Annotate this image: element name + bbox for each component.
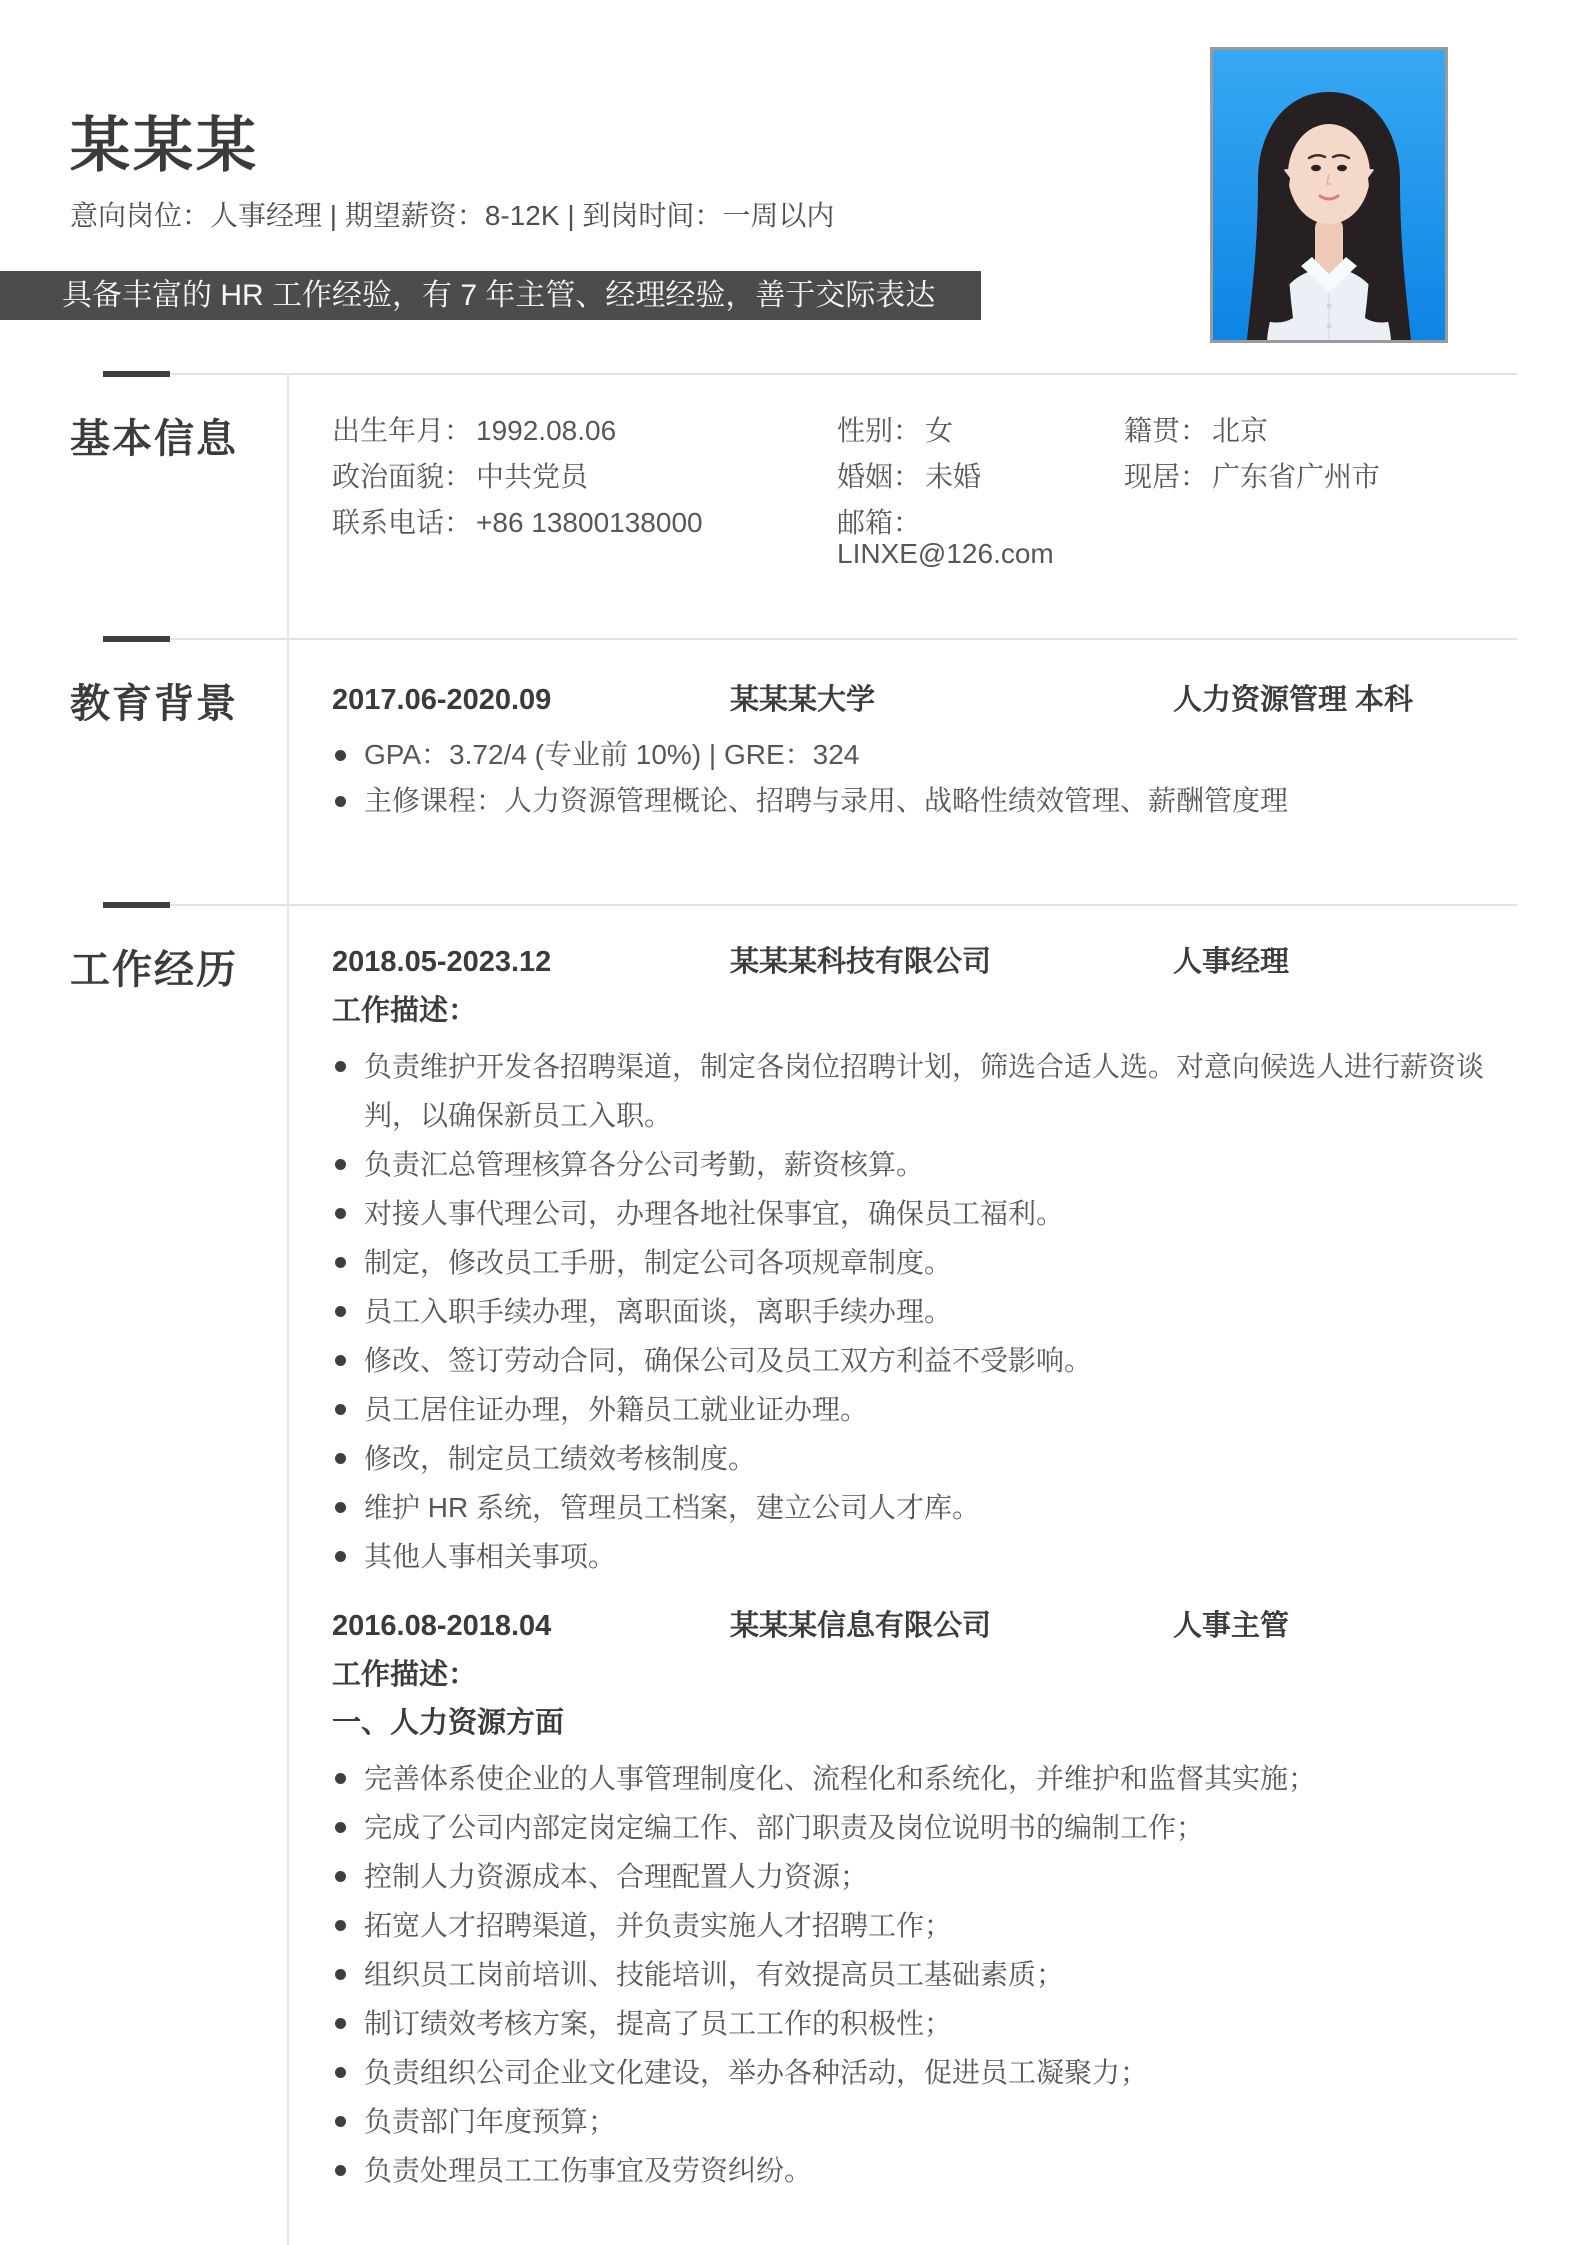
bullet-item: 负责处理员工工伤事宜及劳资纠纷。 [332,2146,1517,2195]
bullet-item: 维护 HR 系统，管理员工档案，建立公司人才库。 [332,1483,1517,1532]
field-label: 联系电话： [332,507,472,538]
field-current-city: 现居：广东省广州市 [1124,461,1517,492]
bullet-text: 负责维护开发各招聘渠道，制定各岗位招聘计划，筛选合适人选。对意向候选人进行薪资谈… [364,1042,1517,1140]
field-value: +86 13800138000 [476,507,703,538]
bullet-text: 负责汇总管理核算各分公司考勤，薪资核算。 [364,1140,1517,1189]
job-description-label: 工作描述： [332,993,1517,1029]
section-title-education: 教育背景 [70,672,238,729]
bullet-text: 控制人力资源成本、合理配置人力资源； [364,1852,1517,1901]
basic-info-grid: 出生年月：1992.08.06 性别：女 籍贯：北京 政治面貌：中共党员 婚姻：… [332,415,1517,569]
job-company: 某某某信息有限公司 [730,1608,1173,1644]
job-bullet-list: 完善体系使企业的人事管理制度化、流程化和系统化，并维护和监督其实施；完成了公司内… [332,1754,1517,2195]
bullet-dot-icon [335,1822,346,1833]
bullet-dot-icon [335,1355,346,1366]
bullet-text: 拓宽人才招聘渠道，并负责实施人才招聘工作； [364,1901,1517,1950]
field-empty [1124,507,1517,569]
bullet-text: 对接人事代理公司，办理各地社保事宜，确保员工福利。 [364,1189,1517,1238]
section-basic-info: 基本信息 出生年月：1992.08.06 性别：女 籍贯：北京 政治面貌：中共党… [70,371,1517,636]
bullet-text: 修改，制定员工绩效考核制度。 [364,1434,1517,1483]
field-value: 广东省广州市 [1212,461,1380,492]
section-rule-line [170,904,1517,906]
bullet-item: 制订绩效考核方案，提高了员工工作的积极性； [332,1999,1517,2048]
field-value: 中共党员 [476,461,588,492]
bullet-text: 负责部门年度预算； [364,2097,1517,2146]
section-rule-dash [103,371,170,377]
section-title-basic-info: 基本信息 [70,407,238,464]
bullet-dot-icon [335,1551,346,1562]
field-label: 出生年月： [332,415,472,446]
field-value: LINXE@126.com [837,538,1054,569]
bullet-text: 主修课程：人力资源管理概论、招聘与录用、战略性绩效管理、薪酬管度理 [364,778,1517,824]
bullet-item: 负责组织公司企业文化建设，举办各种活动，促进员工凝聚力； [332,2048,1517,2097]
bullet-item: 拓宽人才招聘渠道，并负责实施人才招聘工作； [332,1901,1517,1950]
bullet-dot-icon [335,1061,346,1072]
bullet-dot-icon [335,1257,346,1268]
bullet-text: 员工入职手续办理，离职面谈，离职手续办理。 [364,1287,1517,1336]
job-position: 人事经理 [1173,944,1289,980]
education-bullet-list: GPA：3.72/4 (专业前 10%) | GRE：324主修课程：人力资源管… [332,732,1517,824]
section-rule-dash [103,902,170,908]
bullet-text: 维护 HR 系统，管理员工档案，建立公司人才库。 [364,1483,1517,1532]
field-label: 现居： [1124,461,1208,492]
education-entry-header: 2017.06-2020.09 某某某大学 人力资源管理 本科 [332,682,1517,718]
bullet-item: 对接人事代理公司，办理各地社保事宜，确保员工福利。 [332,1189,1517,1238]
bullet-text: 其他人事相关事项。 [364,1532,1517,1581]
bullet-item: 制定，修改员工手册，制定公司各项规章制度。 [332,1238,1517,1287]
bullet-item: 修改，制定员工绩效考核制度。 [332,1434,1517,1483]
section-work-experience: 工作经历 2018.05-2023.12 某某某科技有限公司 人事经理 工作描述… [70,902,1517,2245]
bullet-dot-icon [335,1453,346,1464]
summary-banner: 具备丰富的 HR 工作经验，有 7 年主管、经理经验，善于交际表达 [0,271,981,320]
bullet-dot-icon [335,2116,346,2127]
bullet-item: 负责部门年度预算； [332,2097,1517,2146]
bullet-item: GPA：3.72/4 (专业前 10%) | GRE：324 [332,732,1517,778]
education-content: 2017.06-2020.09 某某某大学 人力资源管理 本科 GPA：3.72… [332,682,1517,824]
bullet-item: 其他人事相关事项。 [332,1532,1517,1581]
field-label: 政治面貌： [332,461,472,492]
field-label: 邮箱： [837,507,921,538]
section-education: 教育背景 2017.06-2020.09 某某某大学 人力资源管理 本科 GPA… [70,636,1517,902]
bullet-dot-icon [335,1159,346,1170]
bullet-text: GPA：3.72/4 (专业前 10%) | GRE：324 [364,732,1517,778]
field-value: 女 [925,415,953,446]
resume-page: 某某某 意向岗位：人事经理 | 期望薪资：8-12K | 到岗时间：一周以内 具… [0,0,1587,2245]
job-entry-2: 2016.08-2018.04 某某某信息有限公司 人事主管 工作描述： 一、人… [332,1608,1517,2195]
bullet-item: 完善体系使企业的人事管理制度化、流程化和系统化，并维护和监督其实施； [332,1754,1517,1803]
field-email: 邮箱：LINXE@126.com [837,507,1124,569]
candidate-name: 某某某 [70,98,259,184]
job-period: 2018.05-2023.12 [332,944,730,980]
section-rule [70,902,1517,908]
section-rule-line [170,373,1517,375]
bullet-text: 制订绩效考核方案，提高了员工工作的积极性； [364,1999,1517,2048]
section-rule-line [170,638,1517,640]
job-entry-header: 2016.08-2018.04 某某某信息有限公司 人事主管 [332,1608,1517,1644]
bullet-dot-icon [335,1871,346,1882]
field-phone: 联系电话：+86 13800138000 [332,507,837,569]
bullet-text: 完善体系使企业的人事管理制度化、流程化和系统化，并维护和监督其实施； [364,1754,1517,1803]
field-value: 1992.08.06 [476,415,616,446]
job-company: 某某某科技有限公司 [730,944,1173,980]
bullet-item: 控制人力资源成本、合理配置人力资源； [332,1852,1517,1901]
job-intent-line: 意向岗位：人事经理 | 期望薪资：8-12K | 到岗时间：一周以内 [70,194,834,234]
bullet-text: 修改、签订劳动合同，确保公司及员工双方利益不受影响。 [364,1336,1517,1385]
bullet-dot-icon [335,796,346,807]
job-entry-header: 2018.05-2023.12 某某某科技有限公司 人事经理 [332,944,1517,980]
field-label: 婚姻： [837,461,921,492]
job-description-label: 工作描述： [332,1657,1517,1693]
education-school: 某某某大学 [730,682,1173,718]
bullet-dot-icon [335,2018,346,2029]
bullet-item: 员工入职手续办理，离职面谈，离职手续办理。 [332,1287,1517,1336]
bullet-text: 完成了公司内部定岗定编工作、部门职责及岗位说明书的编制工作； [364,1803,1517,1852]
bullet-text: 员工居住证办理，外籍员工就业证办理。 [364,1385,1517,1434]
bullet-dot-icon [335,1502,346,1513]
section-rule-dash [103,636,170,642]
bullet-text: 组织员工岗前培训、技能培训，有效提高员工基础素质； [364,1950,1517,1999]
section-title-work: 工作经历 [70,938,238,995]
job-entry-1: 2018.05-2023.12 某某某科技有限公司 人事经理 工作描述： 负责维… [332,944,1517,1581]
id-photo [1210,47,1448,343]
bullet-item: 修改、签订劳动合同，确保公司及员工双方利益不受影响。 [332,1336,1517,1385]
section-rule [70,371,1517,377]
bullet-dot-icon [335,1969,346,1980]
bullet-dot-icon [335,1404,346,1415]
field-gender: 性别：女 [837,415,1124,446]
field-value: 北京 [1212,415,1268,446]
bullet-dot-icon [335,1208,346,1219]
bullet-item: 员工居住证办理，外籍员工就业证办理。 [332,1385,1517,1434]
job-position: 人事主管 [1173,1608,1289,1644]
field-birth: 出生年月：1992.08.06 [332,415,837,446]
summary-banner-text: 具备丰富的 HR 工作经验，有 7 年主管、经理经验，善于交际表达 [62,279,935,312]
bullet-item: 主修课程：人力资源管理概论、招聘与录用、战略性绩效管理、薪酬管度理 [332,778,1517,824]
bullet-item: 完成了公司内部定岗定编工作、部门职责及岗位说明书的编制工作； [332,1803,1517,1852]
education-major-degree: 人力资源管理 本科 [1173,682,1413,718]
field-label: 籍贯： [1124,415,1208,446]
field-label: 性别： [837,415,921,446]
bullet-dot-icon [335,1306,346,1317]
job-period: 2016.08-2018.04 [332,1608,730,1644]
field-marital-status: 婚姻：未婚 [837,461,1124,492]
bullet-dot-icon [335,1920,346,1931]
bullet-item: 负责维护开发各招聘渠道，制定各岗位招聘计划，筛选合适人选。对意向候选人进行薪资谈… [332,1042,1517,1140]
work-content: 2018.05-2023.12 某某某科技有限公司 人事经理 工作描述： 负责维… [332,944,1517,2195]
education-period: 2017.06-2020.09 [332,682,730,718]
field-native-place: 籍贯：北京 [1124,415,1517,446]
bullet-text: 负责处理员工工伤事宜及劳资纠纷。 [364,2146,1517,2195]
bullet-dot-icon [335,1773,346,1784]
bullet-item: 组织员工岗前培训、技能培训，有效提高员工基础素质； [332,1950,1517,1999]
field-political-status: 政治面貌：中共党员 [332,461,837,492]
bullet-text: 制定，修改员工手册，制定公司各项规章制度。 [364,1238,1517,1287]
field-value: 未婚 [925,461,981,492]
job-bullet-list: 负责维护开发各招聘渠道，制定各岗位招聘计划，筛选合适人选。对意向候选人进行薪资谈… [332,1042,1517,1581]
id-photo-illustration [1213,50,1445,340]
bullet-dot-icon [335,750,346,761]
bullet-dot-icon [335,2165,346,2176]
section-rule [70,636,1517,642]
bullet-item: 负责汇总管理核算各分公司考勤，薪资核算。 [332,1140,1517,1189]
job-subheading: 一、人力资源方面 [332,1705,1517,1741]
bullet-text: 负责组织公司企业文化建设，举办各种活动，促进员工凝聚力； [364,2048,1517,2097]
bullet-dot-icon [335,2067,346,2078]
